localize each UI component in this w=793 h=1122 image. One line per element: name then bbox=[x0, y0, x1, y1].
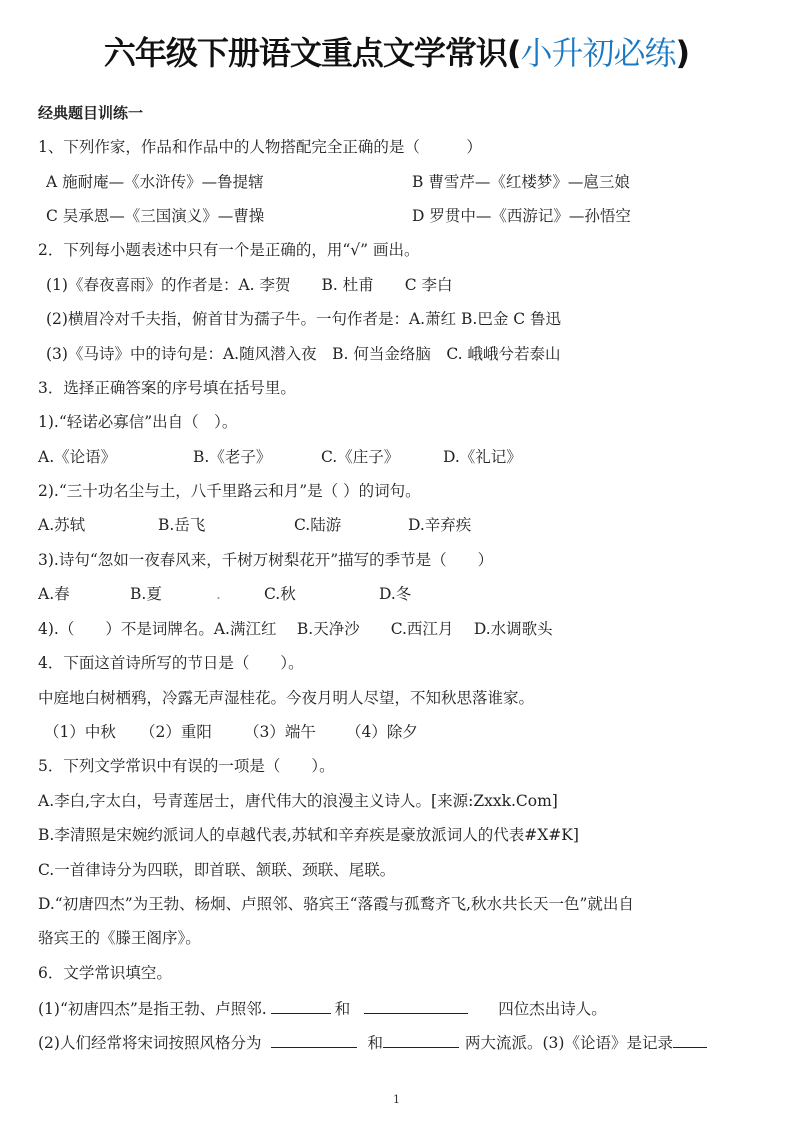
title-accent: 小升初必练 bbox=[521, 34, 676, 72]
q4-poem: 中庭地白树栖鸦，冷露无声湿桂花。今夜月明人尽望，不知秋思落谁家。 bbox=[38, 688, 534, 708]
q5-option-b: B.李清照是宋婉约派词人的卓越代表,苏轼和辛弃疾是豪放派词人的代表#X#K] bbox=[38, 825, 579, 845]
q5-stem: 5．下列文学常识中有误的一项是（ ）。 bbox=[38, 756, 335, 776]
q3-sub2-option-c: C.陆游 bbox=[294, 515, 408, 535]
q3-sub1-stem: 1).“轻诺必寡信”出自（ ）。 bbox=[38, 412, 237, 432]
q4-options: （1）中秋（2）重阳（3）端午（4）除夕 bbox=[44, 722, 418, 742]
q4-option-4: （4）除夕 bbox=[346, 722, 418, 742]
q4-option-2: （2）重阳 bbox=[140, 722, 244, 742]
q3-sub2-option-a: A.苏轼 bbox=[38, 515, 158, 535]
stray-dot: . bbox=[216, 584, 264, 604]
q3-sub4-stem: 4).（ ）不是词牌名。A.满江红 B.天净沙 C.西江月 D.水调歌头 bbox=[38, 619, 553, 639]
q6-stem: 6．文学常识填空。 bbox=[38, 963, 172, 983]
q4-option-3: （3）端午 bbox=[244, 722, 346, 742]
q6-item1-before: (1)“初唐四杰”是指王勃、卢照邻. bbox=[38, 1000, 267, 1018]
q6-item1-mid: 和 bbox=[335, 1000, 351, 1018]
blank-field[interactable] bbox=[383, 1031, 459, 1048]
q6-item-1: (1)“初唐四杰”是指王勃、卢照邻.和四位杰出诗人。 bbox=[38, 997, 607, 1019]
q5-option-d: D.“初唐四杰”为王勃、杨炯、卢照邻、骆宾王“落霞与孤鹜齐飞,秋水共长天一色”就… bbox=[38, 894, 634, 914]
q3-sub3-option-a: A.春 bbox=[38, 584, 130, 604]
q3-sub2-option-d: D.辛弃疾 bbox=[408, 515, 471, 535]
q6-item-2: (2)人们经常将宋词按照风格分为和两大流派。(3)《论语》是记录 bbox=[38, 1031, 707, 1053]
q3-sub1-option-a: A.《论语》 bbox=[38, 447, 193, 467]
q1-option-c: C 吴承恩—《三国演义》—曹操 bbox=[46, 206, 264, 226]
q3-sub1-option-c: C.《庄子》 bbox=[321, 447, 443, 467]
q3-sub2-option-b: B.岳飞 bbox=[158, 515, 294, 535]
blank-field[interactable] bbox=[271, 997, 331, 1014]
q3-sub1-option-d: D.《礼记》 bbox=[443, 447, 522, 467]
q3-sub2-stem: 2).“三十功名尘与土，八千里路云和月”是（ ）的词句。 bbox=[38, 481, 421, 501]
blank-field[interactable] bbox=[271, 1031, 357, 1048]
q1-option-a: A 施耐庵—《水浒传》—鲁提辖 bbox=[46, 172, 264, 192]
q2-item-1: (1)《春夜喜雨》的作者是：A. 李贺 B. 杜甫 C 李白 bbox=[46, 275, 453, 295]
page-number: 1 bbox=[0, 1093, 793, 1106]
q5-option-c: C.一首律诗分为四联，即首联、颔联、颈联、尾联。 bbox=[38, 860, 395, 880]
q3-sub3-option-c: C.秋 bbox=[264, 584, 379, 604]
q1-option-b: B 曹雪芹—《红楼梦》—扈三娘 bbox=[412, 172, 630, 192]
title-close: ) bbox=[676, 34, 690, 72]
q3-sub3-stem: 3).诗句“忽如一夜春风来，千树万树梨花开”描写的季节是（ ） bbox=[38, 550, 493, 570]
blank-field[interactable] bbox=[673, 1031, 707, 1048]
q1-stem: 1、下列作家，作品和作品中的人物搭配完全正确的是（ ） bbox=[38, 137, 482, 157]
q3-sub3-option-b: B.夏 bbox=[130, 584, 216, 604]
q2-item-3: (3)《马诗》中的诗句是：A.随风潜入夜 B. 何当金络脑 C. 峨峨兮若泰山 bbox=[46, 344, 560, 364]
document-title: 六年级下册语文重点文学常识(小升初必练) bbox=[0, 28, 793, 74]
q5-option-a: A.李白,字太白，号青莲居士，唐代伟大的浪漫主义诗人。[来源:Zxxk.Com] bbox=[38, 791, 558, 811]
q1-option-d: D 罗贯中—《西游记》—孙悟空 bbox=[412, 206, 631, 226]
q3-sub1-options: A.《论语》B.《老子》C.《庄子》D.《礼记》 bbox=[38, 447, 522, 467]
q4-stem: 4．下面这首诗所写的节日是（ ）。 bbox=[38, 653, 304, 673]
q3-sub3-options: A.春B.夏.C.秋D.冬 bbox=[38, 584, 411, 604]
q3-sub2-options: A.苏轼B.岳飞C.陆游D.辛弃疾 bbox=[38, 515, 471, 535]
q4-option-1: （1）中秋 bbox=[44, 722, 140, 742]
q3-sub3-option-d: D.冬 bbox=[379, 584, 411, 604]
q6-item2-before: (2)人们经常将宋词按照风格分为 bbox=[38, 1034, 261, 1052]
blank-field[interactable] bbox=[364, 997, 468, 1014]
q6-item2-after: 两大流派。(3)《论语》是记录 bbox=[465, 1034, 673, 1052]
q5-option-d-cont: 骆宾王的《滕王阁序》。 bbox=[38, 928, 201, 948]
q3-stem: 3．选择正确答案的序号填在括号里。 bbox=[38, 378, 296, 398]
section-heading: 经典题目训练一 bbox=[38, 103, 143, 123]
q2-item-2: (2)横眉冷对千夫指，俯首甘为孺子牛。一句作者是：A.萧红 B.巴金 C 鲁迅 bbox=[46, 309, 561, 329]
q6-item1-after: 四位杰出诗人。 bbox=[498, 1000, 607, 1018]
q3-sub1-option-b: B.《老子》 bbox=[193, 447, 321, 467]
q6-item2-mid: 和 bbox=[367, 1034, 383, 1052]
title-main: 六年级下册语文重点文学常识( bbox=[104, 34, 521, 72]
q2-stem: 2．下列每小题表述中只有一个是正确的，用“√” 画出。 bbox=[38, 240, 420, 260]
